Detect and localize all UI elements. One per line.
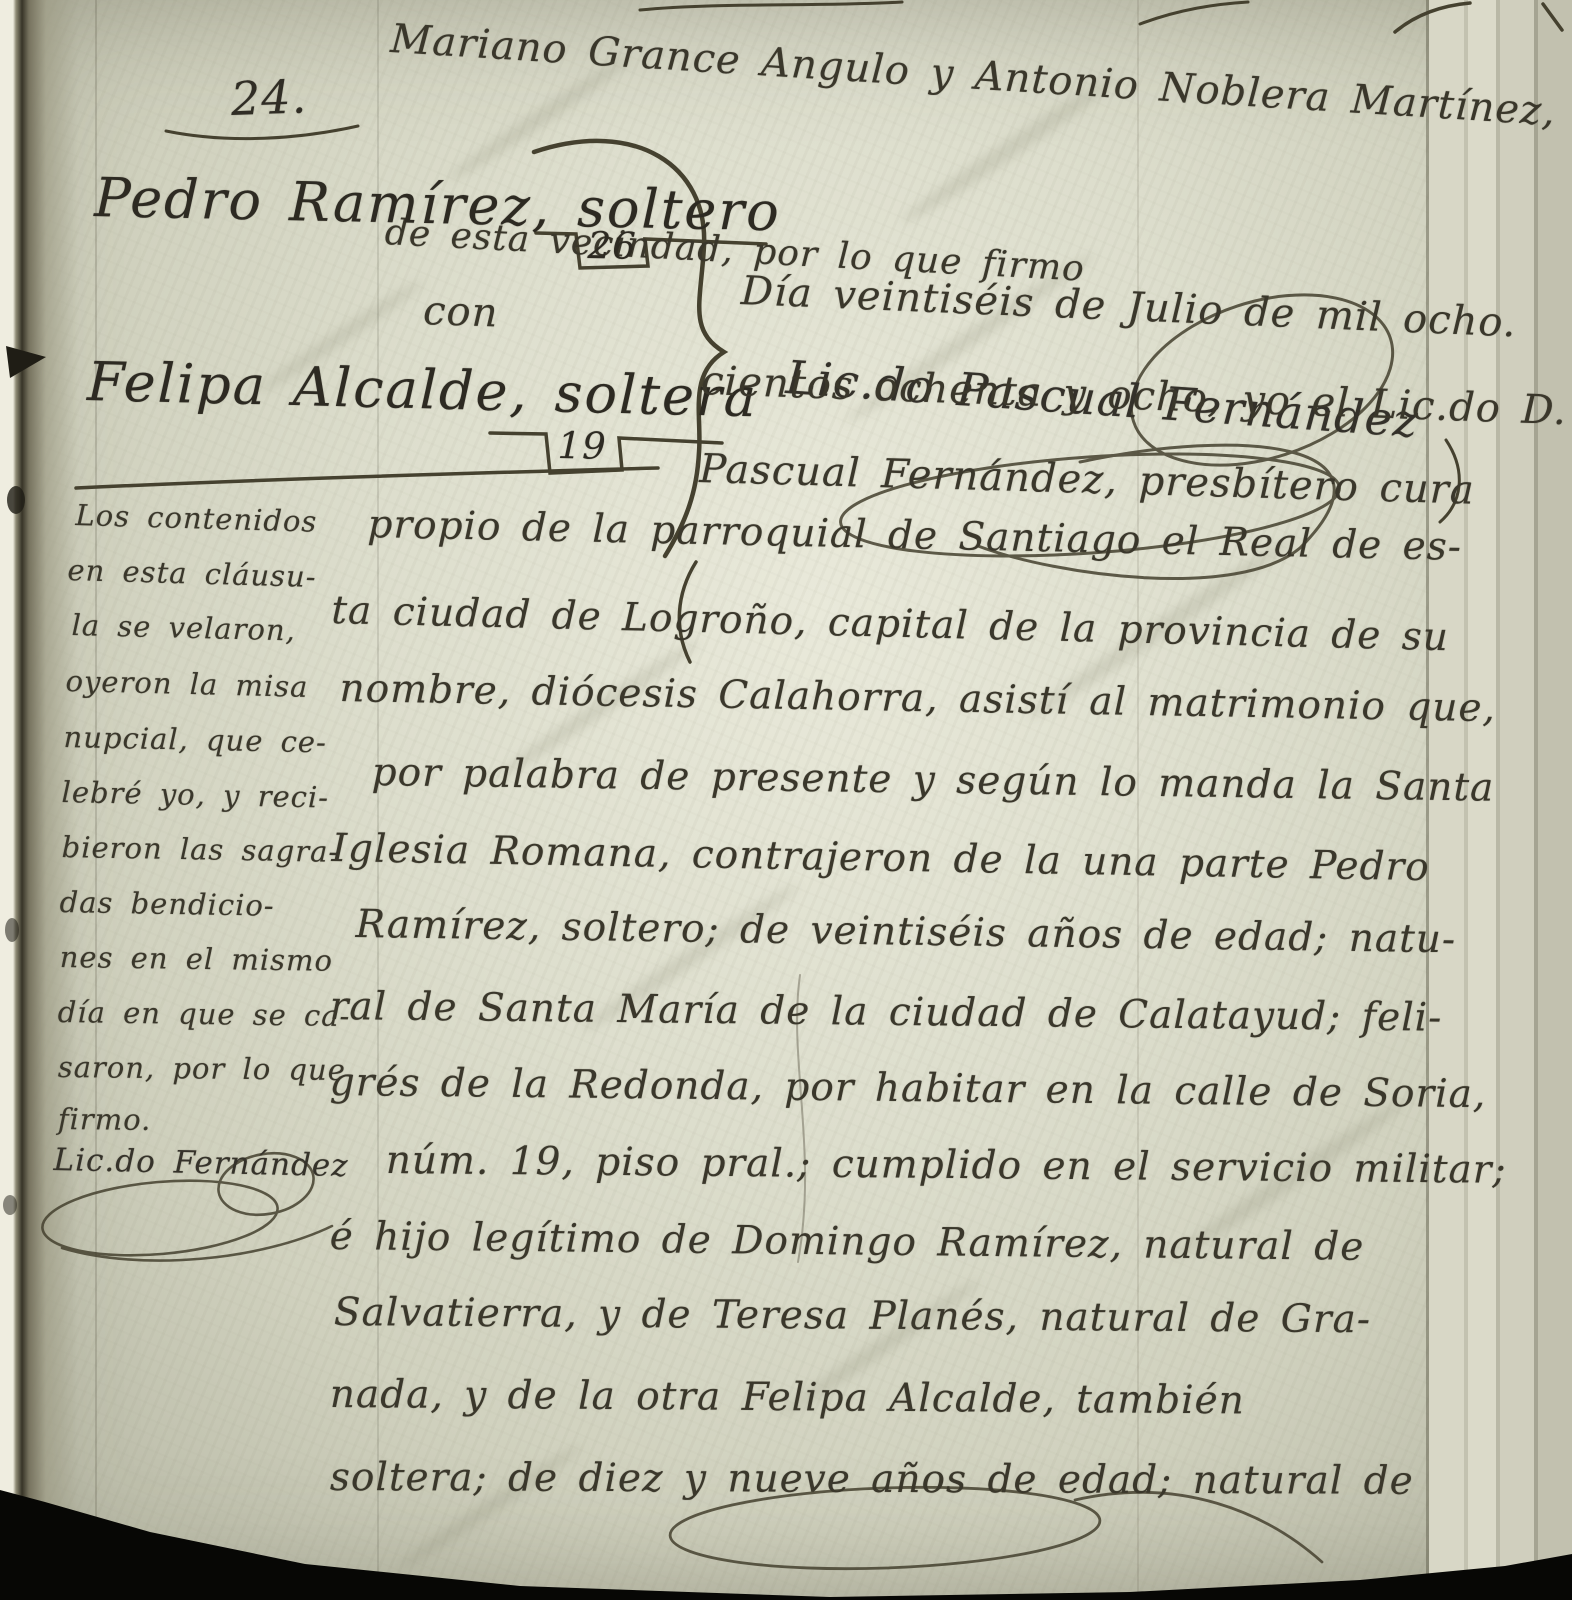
margin-note-line: la se velaron, — [71, 608, 296, 647]
page-crease — [377, 0, 379, 1600]
margin-note-line: lebré yo, y reci- — [61, 775, 329, 815]
margin-note-line: nupcial, que ce- — [63, 720, 327, 760]
margin-note-line: día en que se ca- — [58, 995, 351, 1033]
act-line: Salvatierra, y de Teresa Planés, natural… — [334, 1290, 1371, 1342]
groom-age: 26 — [587, 224, 637, 268]
margin-note-line: nes en el mismo — [60, 940, 334, 978]
bride-age: 19 — [557, 424, 607, 468]
entry-number: 24. — [230, 69, 308, 126]
margin-note-line: das bendicio- — [59, 885, 275, 923]
margin-note-line: saron, por lo que — [58, 1050, 346, 1087]
conjunction-con: con — [422, 288, 499, 337]
margin-note-line: bieron las sagra- — [61, 830, 339, 869]
act-line: soltera; de diez y nueve años de edad; n… — [330, 1455, 1414, 1504]
margin-signature: Lic.do Fernández — [53, 1142, 349, 1184]
scanned-register-page: Mariano Grance Angulo y Antonio Noblera … — [0, 0, 1572, 1600]
margin-note-line: firmo. — [58, 1102, 152, 1137]
margin-note-line: oyeron la misa — [65, 664, 309, 704]
act-line: nada, y de la otra Felipa Alcalde, tambi… — [330, 1372, 1245, 1423]
margin-note-line: en esta cláusu- — [67, 553, 317, 594]
margin-note-line: Los contenidos — [75, 498, 318, 539]
